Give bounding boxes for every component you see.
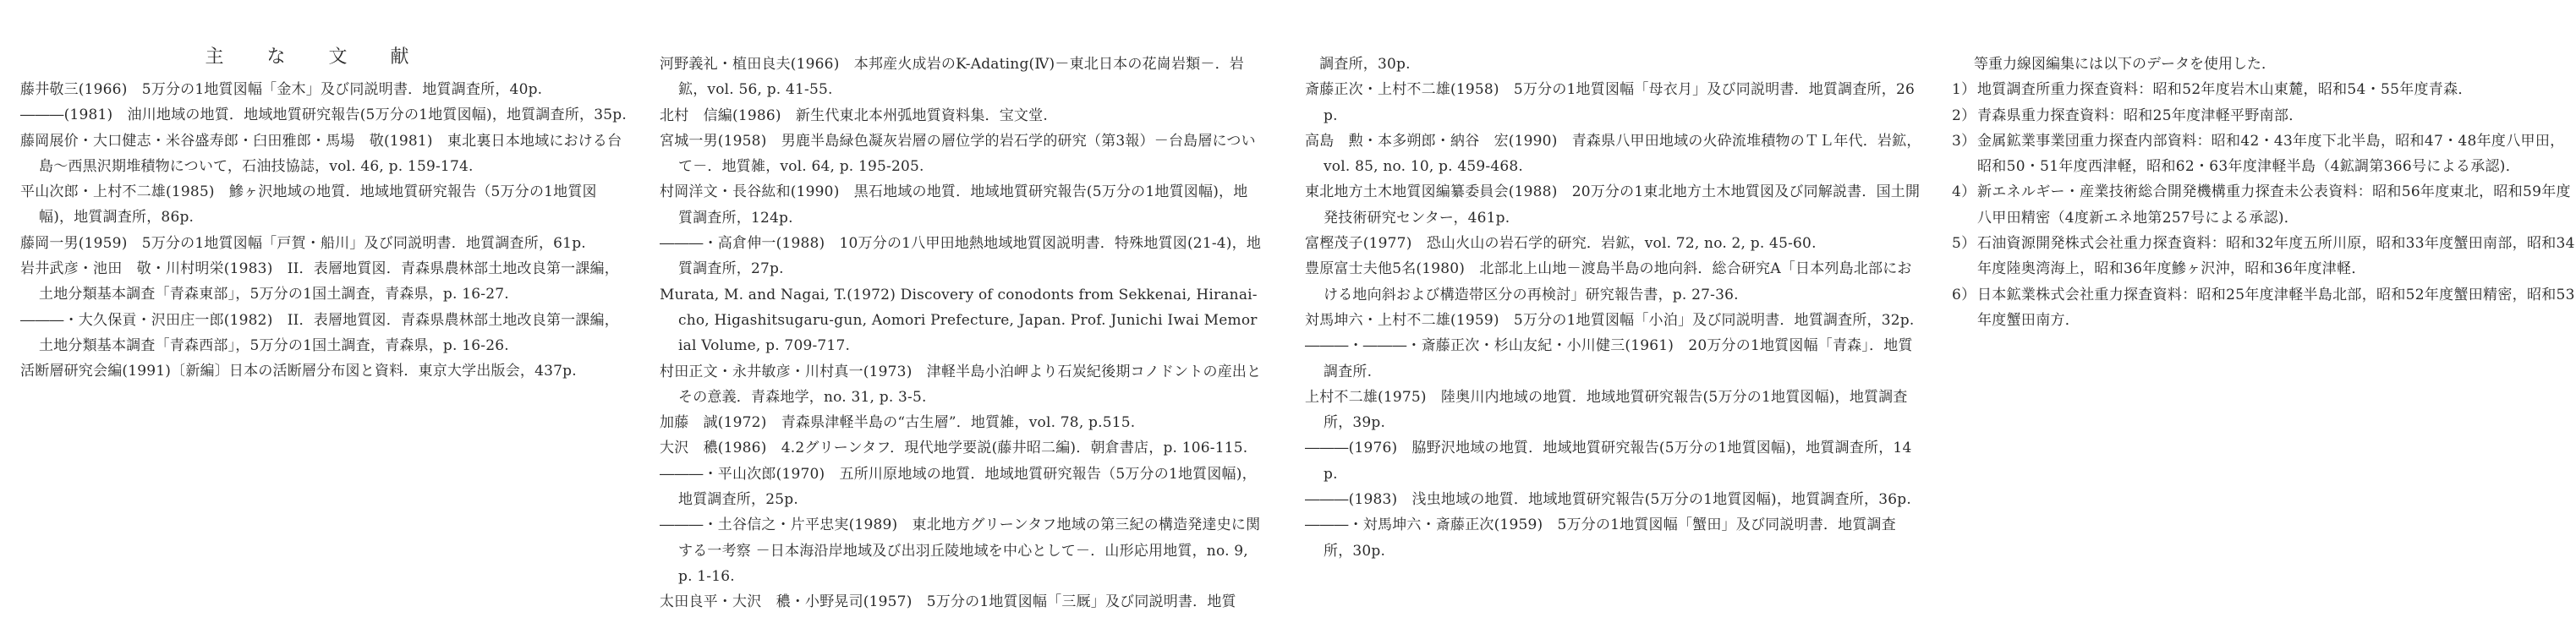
reference-item: 豊原富士夫他5名(1980) 北部北上山地－渡島半島の地向斜．総合研究A「日本列… xyxy=(1305,256,1922,308)
reference-item: 藤岡一男(1959) 5万分の1地質図幅「戸賀・船川」及び同説明書．地質調査所，… xyxy=(20,231,629,256)
note-text: 日本鉱業株式会社重力探査資料：昭和25年度津軽半島北部，昭和52年度蟹田精密，昭… xyxy=(1977,287,2575,329)
reference-item: 平山次郎・上村不二雄(1985) 鰺ヶ沢地域の地質．地域地質研究報告（5万分の1… xyxy=(20,179,629,231)
reference-item: ―――・大久保貢・沢田庄一郎(1982) II．表層地質図．青森県農林部土地改良… xyxy=(20,308,629,359)
reference-list: 河野義礼・植田良夫(1966) 本邦産火成岩のK-Adating(Ⅳ)－東北日本… xyxy=(660,52,1262,615)
note-number: 6） xyxy=(1952,282,1977,308)
reference-item: Murata, M. and Nagai, T.(1972) Discovery… xyxy=(660,282,1262,359)
reference-item: 対馬坤六・上村不二雄(1959) 5万分の1地質図幅「小泊」及び同説明書．地質調… xyxy=(1305,308,1922,333)
reference-item: 斎藤正次・上村不二雄(1958) 5万分の1地質図幅「母衣月」及び同説明書．地質… xyxy=(1305,77,1922,128)
reference-item: 高島 勲・本多朔郎・納谷 宏(1990) 青森県八甲田地域の火砕流堆積物のＴＬ年… xyxy=(1305,128,1922,180)
note-item: 1）地質調査所重力探査資料：昭和52年度岩木山東麓，昭和54・55年度青森． xyxy=(1955,77,2576,102)
note-text: 金属鉱業事業団重力探査内部資料：昭和42・43年度下北半島，昭和47・48年度八… xyxy=(1977,133,2564,175)
reference-list: 藤井敬三(1966) 5万分の1地質図幅「金木」及び同説明書．地質調査所，40p… xyxy=(20,77,629,385)
reference-item: 北村 信編(1986) 新生代東北本州弧地質資料集．宝文堂. xyxy=(660,103,1262,128)
note-text: 石油資源開発株式会社重力探査資料：昭和32年度五所川原，昭和33年度蟹田南部，昭… xyxy=(1977,235,2575,277)
reference-item: ―――・対馬坤六・斎藤正次(1959) 5万分の1地質図幅「蟹田」及び同説明書．… xyxy=(1305,512,1922,564)
reference-item: 岩井武彦・池田 敬・川村明栄(1983) II．表層地質図．青森県農林部土地改良… xyxy=(20,256,629,308)
reference-item-continued: 調査所，30p. xyxy=(1305,52,1922,77)
reference-item: 太田良平・大沢 穠・小野晃司(1957) 5万分の1地質図幅「三厩」及び同説明書… xyxy=(660,589,1262,615)
reference-item: 藤岡展价・大口健志・米谷盛寿郎・臼田雅郎・馬場 敬(1981) 東北裏日本地域に… xyxy=(20,128,629,180)
note-number: 3） xyxy=(1952,128,1977,154)
note-item: 3）金属鉱業事業団重力探査内部資料：昭和42・43年度下北半島，昭和47・48年… xyxy=(1955,128,2576,180)
note-text: 新エネルギー・産業技術総合開発機構重力探査未公表資料：昭和56年度東北，昭和59… xyxy=(1977,183,2571,226)
reference-item: 活断層研究会編(1991)〔新編〕日本の活断層分布図と資料．東京大学出版会，43… xyxy=(20,358,629,384)
reference-item: ―――(1983) 浅虫地域の地質．地域地質研究報告(5万分の1地質図幅)，地質… xyxy=(1305,487,1922,512)
reference-item: 富樫茂子(1977) 恐山火山の岩石学的研究．岩鉱，vol. 72, no. 2… xyxy=(1305,231,1922,256)
reference-item: 村田正文・永井敏彦・川村真一(1973) 津軽半島小泊岬より石炭紀後期コノドント… xyxy=(660,359,1262,411)
note-item: 4）新エネルギー・産業技術総合開発機構重力探査未公表資料：昭和56年度東北，昭和… xyxy=(1955,179,2576,231)
note-number: 1） xyxy=(1952,77,1977,102)
reference-item: 東北地方土木地質図編纂委員会(1988) 20万分の1東北地方土木地質図及び同解… xyxy=(1305,179,1922,231)
note-number: 2） xyxy=(1952,103,1977,128)
note-item: 5）石油資源開発株式会社重力探査資料：昭和32年度五所川原，昭和33年度蟹田南部… xyxy=(1955,231,2576,282)
notes-intro: 等重力線図編集には以下のデータを使用した． xyxy=(1955,52,2576,77)
reference-item: 上村不二雄(1975) 陸奥川内地域の地質．地域地質研究報告(5万分の1地質図幅… xyxy=(1305,385,1922,436)
reference-item: ―――(1981) 油川地域の地質．地域地質研究報告(5万分の1地質図幅)，地質… xyxy=(20,102,629,128)
reference-item: 宮城一男(1958) 男鹿半島緑色凝灰岩層の層位学的岩石学的研究（第3報）－台島… xyxy=(660,128,1262,180)
reference-item: 大沢 穠(1986) 4.2グリーンタフ．現代地学要説(藤井昭二編)．朝倉書店，… xyxy=(660,435,1262,461)
note-item: 2）青森県重力探査資料：昭和25年度津軽平野南部． xyxy=(1955,103,2576,128)
reference-item: ―――・高倉伸一(1988) 10万分の1八甲田地熱地域地質図説明書．特殊地質図… xyxy=(660,231,1262,282)
reference-item: 村岡洋文・長谷紘和(1990) 黒石地域の地質．地域地質研究報告(5万分の1地質… xyxy=(660,179,1262,231)
note-item: 6）日本鉱業株式会社重力探査資料：昭和25年度津軽半島北部，昭和52年度蟹田精密… xyxy=(1955,282,2576,334)
reference-item: ―――・土谷信之・片平忠実(1989) 東北地方グリーンタフ地域の第三紀の構造発… xyxy=(660,512,1262,589)
note-text: 青森県重力探査資料：昭和25年度津軽平野南部． xyxy=(1977,107,2304,124)
page-title: 主 な 文 献 xyxy=(20,42,612,68)
note-number: 4） xyxy=(1952,179,1977,205)
gravity-data-notes: 等重力線図編集には以下のデータを使用した． 1）地質調査所重力探査資料：昭和52… xyxy=(1955,52,2576,333)
reference-item: 藤井敬三(1966) 5万分の1地質図幅「金木」及び同説明書．地質調査所，40p… xyxy=(20,77,629,102)
reference-item: 加藤 誠(1972) 青森県津軽半島の“古生層”．地質雑，vol. 78, p.… xyxy=(660,410,1262,435)
note-text: 地質調査所重力探査資料：昭和52年度岩木山東麓，昭和54・55年度青森． xyxy=(1977,81,2473,98)
reference-item: ―――(1976) 脇野沢地域の地質．地域地質研究報告(5万分の1地質図幅)，地… xyxy=(1305,435,1922,487)
note-number: 5） xyxy=(1952,231,1977,256)
reference-list: 調査所，30p. 斎藤正次・上村不二雄(1958) 5万分の1地質図幅「母衣月」… xyxy=(1305,52,1922,564)
reference-item: ―――・平山次郎(1970) 五所川原地域の地質．地域地質研究報告（5万分の1地… xyxy=(660,462,1262,513)
reference-item: ―――・―――・斎藤正次・杉山友紀・小川健三(1961) 20万分の1地質図幅「… xyxy=(1305,333,1922,385)
reference-item: 河野義礼・植田良夫(1966) 本邦産火成岩のK-Adating(Ⅳ)－東北日本… xyxy=(660,52,1262,103)
